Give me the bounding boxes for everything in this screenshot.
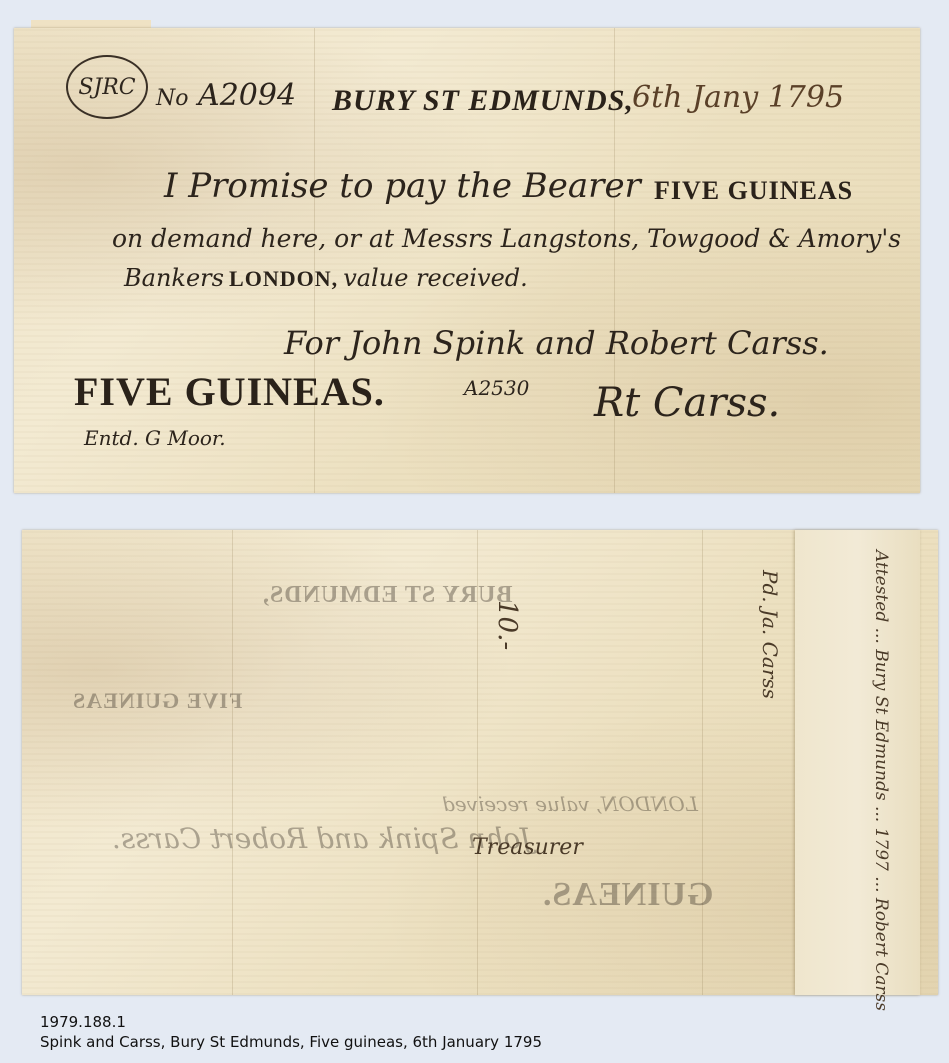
serial-small: A2530 — [464, 376, 529, 400]
issue-date: 6th Jany 1795 — [632, 80, 844, 115]
note-number: No A2094 — [156, 78, 296, 113]
banknote-front: SJRC No A2094 BURY ST EDMUNDS, 6th Jany … — [14, 28, 920, 493]
monogram-emblem: SJRC — [66, 55, 148, 119]
accession-number: 1979.188.1 — [40, 1012, 542, 1032]
annotation-treasurer: Treasurer — [472, 835, 583, 860]
mirrored-for: John Spink and Robert Carss. — [112, 822, 532, 855]
promise-text: I Promise to pay the Bearer — [164, 166, 641, 206]
mirrored-town: BURY ST EDMUNDS, — [262, 582, 513, 609]
entered-by: Entd. G Moor. — [84, 426, 226, 450]
mirrored-large: GUINEAS. — [542, 876, 713, 914]
london-label: LONDON, — [229, 266, 338, 291]
value-received: value received. — [343, 264, 528, 292]
signature: Rt Carss. — [594, 380, 780, 426]
number-prefix: No — [156, 86, 189, 111]
promise-amount: FIVE GUINEAS — [654, 176, 853, 206]
town-name: BURY ST EDMUNDS, — [332, 84, 634, 118]
caption: 1979.188.1 Spink and Carss, Bury St Edmu… — [40, 1012, 542, 1052]
mirrored-london: LONDON, value received — [442, 792, 698, 816]
number-value: A2094 — [198, 78, 296, 113]
annotation-amount: 10.- — [492, 600, 522, 650]
bankers-label: Bankers — [124, 264, 224, 292]
attached-slip: Attested ... Bury St Edmunds ... 1797 ..… — [795, 530, 920, 995]
payable-line: on demand here, or at Messrs Langstons, … — [112, 224, 901, 253]
annotation-paid: Pd. Ja. Carss — [758, 570, 782, 699]
amount-large: FIVE GUINEAS. — [74, 368, 385, 415]
monogram-text: SJRC — [78, 75, 135, 100]
slip-handwriting: Attested ... Bury St Edmunds ... 1797 ..… — [871, 550, 891, 1011]
for-line: For John Spink and Robert Carss. — [284, 324, 829, 362]
caption-description: Spink and Carss, Bury St Edmunds, Five g… — [40, 1032, 542, 1052]
bankers-line: Bankers LONDON, value received. — [124, 264, 528, 292]
mirrored-amount: FIVE GUINEAS — [72, 688, 242, 714]
